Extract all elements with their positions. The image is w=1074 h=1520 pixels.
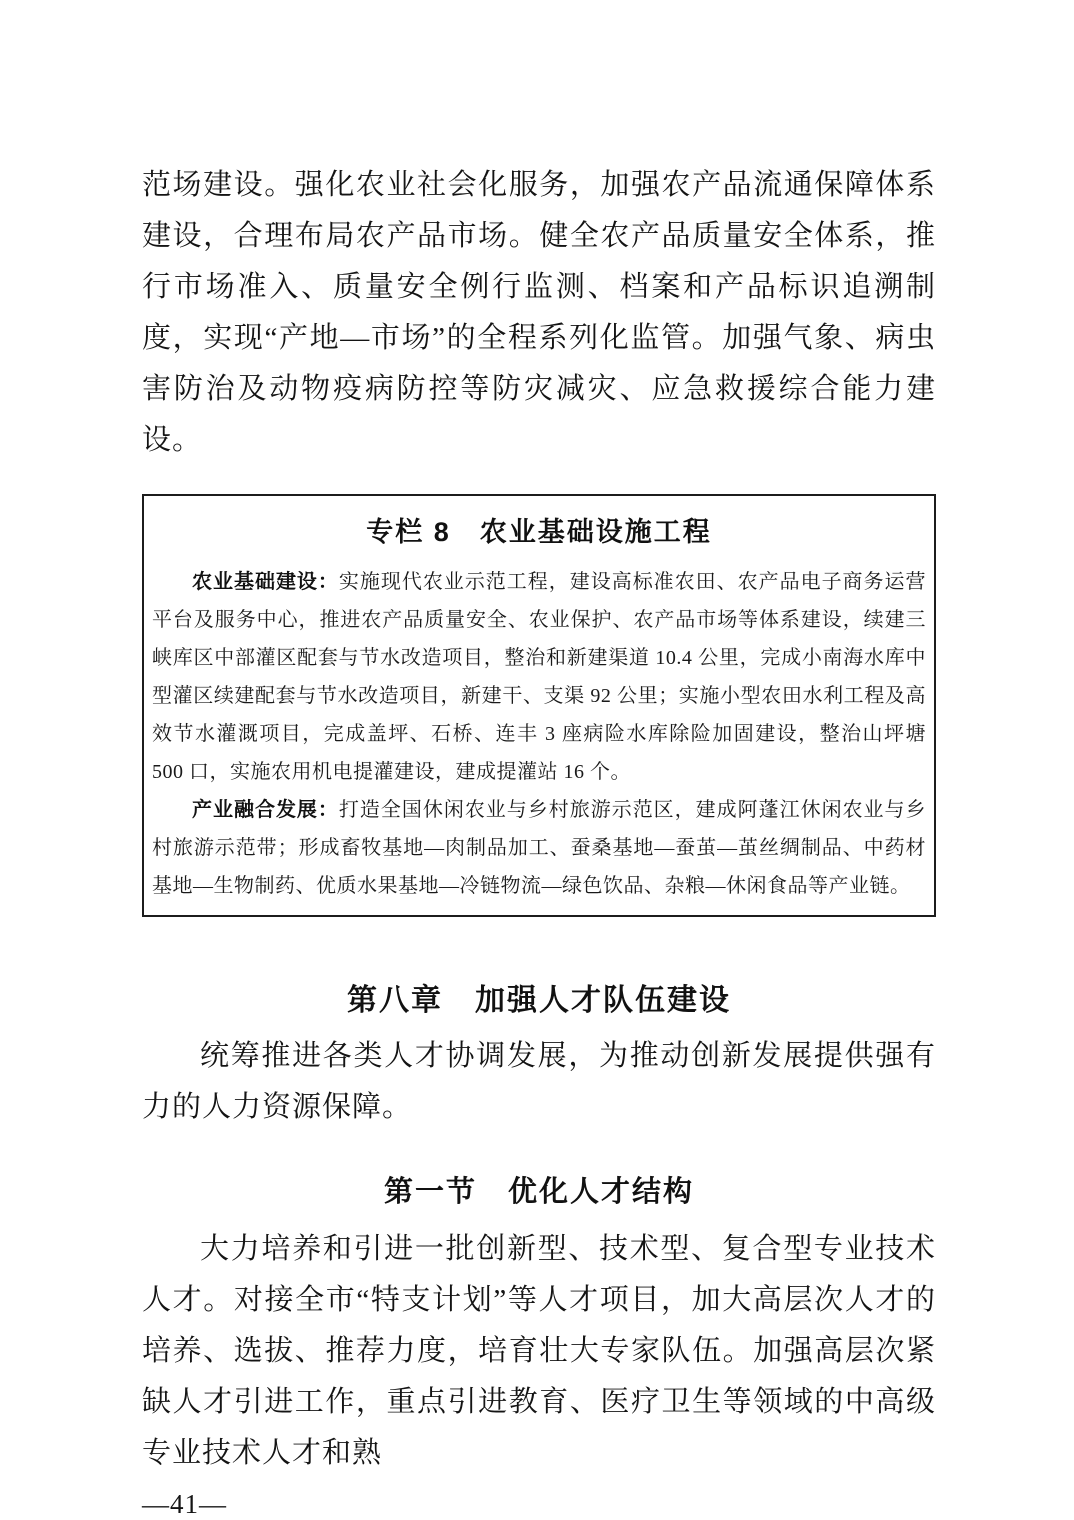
chapter-paragraph: 统筹推进各类人才协调发展，为推动创新发展提供强有力的人力资源保障。 [142, 1031, 936, 1133]
page-content: 范场建设。强化农业社会化服务，加强农产品流通保障体系建设，合理布局农产品市场。健… [142, 160, 936, 1520]
panel-column-8: 专栏 8 农业基础设施工程 农业基础建设：实施现代农业示范工程，建设高标准农田、… [142, 494, 936, 917]
panel-title: 专栏 8 农业基础设施工程 [152, 510, 926, 549]
section-heading: 第一节 优化人才结构 [142, 1169, 936, 1210]
page-number: —41— [142, 1489, 936, 1520]
panel-paragraph-agriculture-infrastructure: 农业基础建设：实施现代农业示范工程，建设高标准农田、农产品电子商务运营平台及服务… [152, 563, 926, 791]
section-paragraph: 大力培养和引进一批创新型、技术型、复合型专业技术人才。对接全市“特支计划”等人才… [142, 1224, 936, 1479]
paragraph-continuation: 范场建设。强化农业社会化服务，加强农产品流通保障体系建设，合理布局农产品市场。健… [142, 160, 936, 466]
panel-paragraph-2-label: 产业融合发展： [192, 799, 339, 821]
chapter-heading: 第八章 加强人才队伍建设 [142, 975, 936, 1019]
panel-paragraph-1-text: 实施现代农业示范工程，建设高标准农田、农产品电子商务运营平台及服务中心，推进农产… [152, 571, 926, 783]
document-page: 范场建设。强化农业社会化服务，加强农产品流通保障体系建设，合理布局农产品市场。健… [0, 0, 1074, 1520]
panel-paragraph-industry-integration: 产业融合发展：打造全国休闲农业与乡村旅游示范区，建成阿蓬江休闲农业与乡村旅游示范… [152, 791, 926, 905]
panel-paragraph-1-label: 农业基础建设： [192, 571, 339, 593]
